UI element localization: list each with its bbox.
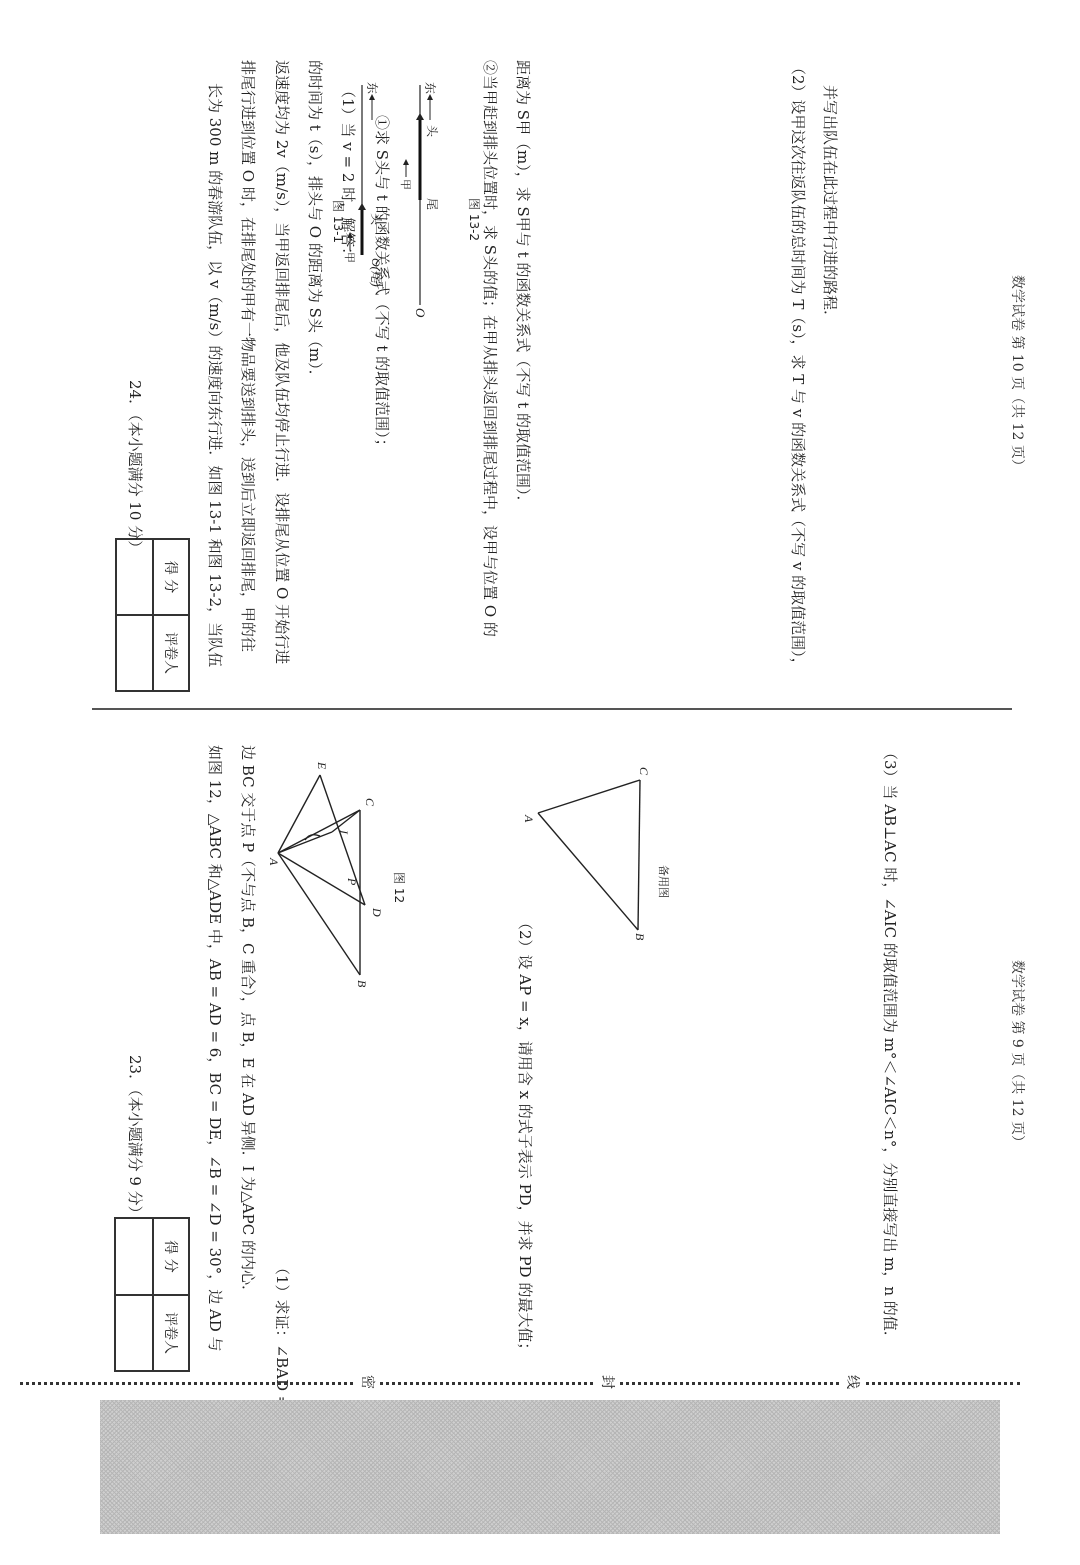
watermark: 知道: [1024, 1490, 1055, 1560]
grader-label: 评卷人: [152, 616, 188, 690]
binding-strip: [100, 1400, 1000, 1534]
fig2-head-label: 头: [425, 125, 440, 138]
fig2-person-label: 甲: [399, 179, 412, 190]
svg-text:I: I: [337, 829, 351, 835]
q24-part2-line-2: 并写出队伍在此过程中行进的路程．: [820, 85, 840, 325]
svg-text:D: D: [370, 907, 384, 917]
svg-text:B: B: [355, 980, 369, 988]
fig2-tail-label: 尾: [425, 198, 439, 210]
fig1-origin-label: O(尾): [369, 258, 383, 287]
q23-score-box: 得 分 评卷人: [114, 1217, 190, 1372]
grader-cell[interactable]: [117, 616, 152, 690]
svg-text:B: B: [633, 933, 647, 941]
q23-part2: （2）设 AP = x，请用含 x 的式子表示 PD，并求 PD 的最大值；: [515, 915, 535, 1357]
seal-line: [20, 1382, 1020, 1385]
q24-intro-line-3: 返速度均为 2v（m/s），当甲返回排尾后，他及队伍均停止行进．设排尾从位置 O…: [272, 60, 292, 664]
score-label: 得 分: [152, 1219, 188, 1296]
grader-label: 评卷人: [152, 1296, 188, 1370]
q23-intro-line-2: 边 BC 交于点 P（不与点 B，C 重合），点 B，E 在 AD 异侧．I 为…: [238, 745, 258, 1300]
svg-text:P: P: [345, 877, 359, 886]
seal-char-xian: 线: [841, 1375, 865, 1389]
q24-part2-line-1: （2）设甲这次往返队伍的总时间为 T（s），求 T 与 v 的函数关系式（不写 …: [788, 60, 808, 673]
fig12-caption: 图 12: [392, 872, 406, 903]
seal-char-feng: 封: [596, 1375, 620, 1389]
footer-page-10: 数学试卷 第 10 页（共 12 页）: [1008, 275, 1028, 473]
backup-fig-caption: 备用图: [657, 865, 670, 898]
svg-text:A: A: [267, 857, 281, 866]
wechat-icon: [1031, 1490, 1049, 1512]
svg-text:C: C: [363, 798, 377, 807]
svg-text:C: C: [637, 767, 651, 776]
backup-figure: A B C 备用图: [530, 765, 650, 965]
fig1-caption: 图 13-1: [331, 200, 345, 243]
q23-intro-line-1: 如图 12，△ABC 和△ADE 中，AB = AD = 6，BC = DE，∠…: [205, 745, 225, 1352]
fig1-head-label: 头: [369, 213, 384, 226]
q23-header: 23．（本小题满分 9 分）: [125, 1055, 145, 1221]
fig2-east-label: 东: [423, 82, 437, 94]
fig2-origin-label: O: [413, 308, 428, 318]
q24-part1-2-line-2: 距离为 S甲（m），求 S甲与 t 的函数关系式（不写 t 的取值范围）．: [513, 60, 533, 510]
score-label: 得 分: [152, 540, 188, 616]
figure-13: O(尾) 头 东 甲 图 13-1 O 尾 头 东 甲 图 13-2: [310, 80, 440, 340]
svg-text:E: E: [315, 761, 329, 770]
exam-page: 得 分 评卷人 24．（本小题满分 10 分） 长为 300 m 的春游队伍，以…: [0, 0, 1080, 1565]
q24-header: 24．（本小题满分 10 分）: [125, 380, 145, 555]
center-divider: [92, 708, 1012, 710]
figure-12: A B C D E P I 图 12: [295, 760, 470, 980]
fig2-caption: 图 13-2: [467, 198, 481, 241]
q23-part3: （3）当 AB⊥AC 时，∠AIC 的取值范围为 m°＜∠AIC＜n°，分别直接…: [880, 745, 900, 1346]
q24-intro-line-1: 长为 300 m 的春游队伍，以 v（m/s）的速度向东行进．如图 13-1 和…: [205, 83, 225, 667]
q24-intro-line-2: 排尾行进到位置 O 时，在排尾处的甲有一物品要送到排头，送到后立即返回排尾，甲的…: [238, 60, 258, 652]
footer-page-9: 数学试卷 第 9 页（共 12 页）: [1008, 960, 1028, 1149]
q24-score-box: 得 分 评卷人: [115, 538, 190, 692]
fig1-person-label: 甲: [343, 252, 356, 263]
svg-text:A: A: [522, 814, 536, 823]
score-cell[interactable]: [116, 1219, 152, 1296]
q24-part1-2-line-1: ②当甲赶到排头位置时，求 S头的值；在甲从排头返回到排尾过程中，设甲与位置 O …: [480, 60, 500, 637]
seal-char-mi: 密: [356, 1375, 380, 1389]
watermark-text: 知道: [1024, 1516, 1055, 1560]
fig1-east-label: 东: [365, 82, 379, 94]
grader-cell[interactable]: [116, 1296, 152, 1370]
